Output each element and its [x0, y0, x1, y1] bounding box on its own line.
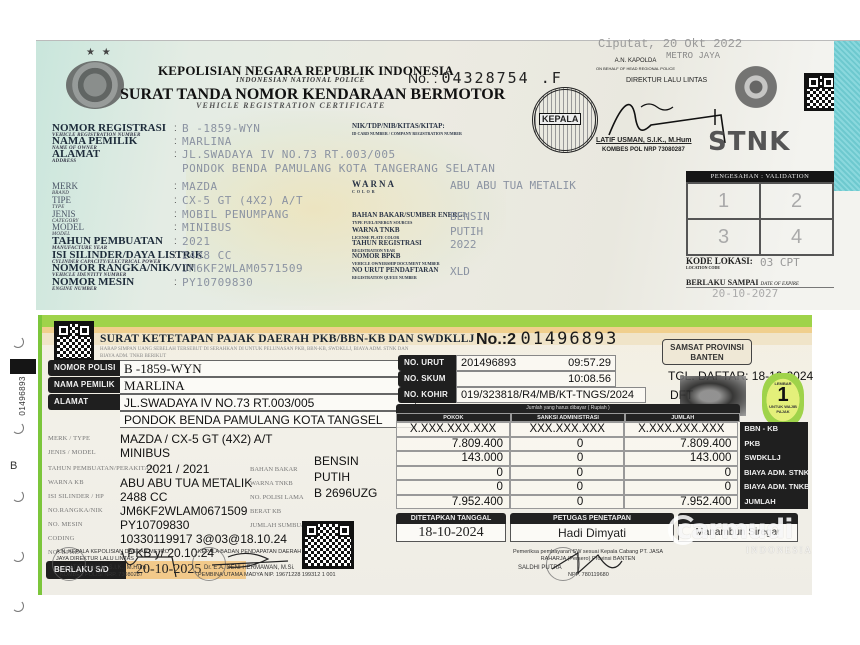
issue-place-date: Ciputat, 20 Okt 2022 — [598, 37, 742, 51]
stnk-number-value: 04328754 .F — [441, 69, 562, 87]
spec-value: 2488 CC — [120, 490, 167, 504]
spec-label: CODING — [48, 535, 74, 542]
signature-strip: A.N. KEPALA KEPOLISIAN DAERAH METRO JAYA… — [48, 547, 808, 581]
owner-label: NAMA PEMILIK — [48, 377, 120, 393]
stnk-number: No. : 04328754 .F — [408, 69, 563, 87]
owner-plate-value: B -1859-WYN — [120, 360, 416, 377]
stnk-field-value: CX-5 GT (4X2) A/T — [182, 194, 303, 207]
tax-subtitle: HARAP SIMPAN UANG SEBELAH TERSEBUT DI SE… — [100, 346, 420, 360]
officer-value: Hadi Dimyati — [510, 524, 674, 542]
stnk-field-label: ALAMATADDRESS — [52, 149, 100, 164]
spec-value: PY10709830 — [120, 518, 189, 532]
owner-label: ALAMAT — [48, 394, 120, 410]
no-kohir-value: 019/323818/R4/MB/KT-TNGS/2024 — [461, 388, 634, 403]
spec-label: NO. MESIN — [48, 521, 83, 528]
stnk-field-value: BENSIN — [450, 210, 490, 223]
table-row: 7.952.40007.952.400JUMLAH — [396, 495, 808, 510]
stnk-field-value: MARLINA — [182, 135, 232, 148]
colon-separator: : — [174, 250, 177, 261]
colon-separator: : — [174, 263, 177, 274]
stnk-field-value: MINIBUS — [182, 221, 232, 234]
colon-separator: : — [174, 123, 177, 134]
stnk-field-label: TIPETYPE — [52, 195, 71, 210]
tax-cell-pokok: 0 — [396, 466, 510, 481]
signer-name: LATIF USMAN, S.I.K., M.Hum — [596, 137, 692, 144]
stnk-field-value: 2021 — [182, 235, 211, 248]
tax-col-header: JUMLAH — [625, 413, 740, 422]
stnk-field-value: JM6KF2WLAM0571509 — [182, 262, 303, 275]
spec-value: B 2696UZG — [314, 486, 377, 500]
an-kapolda: A.N. KAPOLDA ON BEHALF OF HEAD REGIONAL … — [596, 58, 675, 72]
table-row: 000BIAYA ADM. STNK — [396, 466, 808, 481]
spec-label: ISI SILINDER / HP — [48, 493, 104, 500]
stnk-field-value: MAZDA — [182, 180, 218, 193]
stnk-field-label-en: COLOR — [352, 188, 396, 195]
spec-value: MAZDA / CX-5 GT (4X2) A/T — [120, 432, 272, 446]
ticket-stub: 01496893 B — [0, 310, 40, 630]
tax-cell-pokok: X.XXX.XXX.XXX — [396, 422, 510, 437]
stnk-field-value: 2488 CC — [182, 249, 232, 262]
stnk-field-value: B -1859-WYN — [182, 122, 260, 135]
table-row: 000BIAYA ADM. TNKB — [396, 480, 808, 495]
stnk-field-label: NOMOR BPKBVEHICLE OWNERSHIP DOCUMENT NUM… — [352, 253, 440, 267]
tax-row-label: JUMLAH — [740, 495, 808, 510]
stnk-logo: STNK — [708, 127, 790, 157]
number-label: NO. KOHIR — [398, 387, 456, 403]
number-value-box: 10:08.56 — [456, 371, 616, 387]
spec-label: WARNA KB — [48, 479, 84, 486]
tax-table-caption: Jumlah yang harus dibayar ( Rupiah ) — [396, 404, 740, 413]
an-kapolda-label: A.N. KAPOLDA — [596, 58, 675, 65]
no-skum-time: 10:08.56 — [568, 372, 611, 387]
table-row: X.XXX.XXX.XXXXXX.XXX.XXXX.XXX.XXX.XXXBBN… — [396, 422, 808, 437]
no-urut-time: 09:57.29 — [568, 356, 611, 371]
tax-cell-jumlah: 7.809.400 — [624, 437, 738, 452]
stnk-expiry-value: 20-10-2027 — [712, 287, 778, 300]
tax-title: SURAT KETETAPAN PAJAK DAERAH PKB/BBN-KB … — [100, 333, 475, 345]
colon-separator: : — [174, 195, 177, 206]
assessed-date-label: DITETAPKAN TANGGAL — [396, 513, 506, 524]
left-band — [38, 315, 42, 595]
spec-value: JM6KF2WLAM0671509 — [120, 504, 247, 518]
table-row: 7.809.40007.809.400PKB — [396, 437, 808, 452]
tax-cell-pokok: 143.000 — [396, 451, 510, 466]
spec-label: MERK / TYPE — [48, 435, 90, 442]
owner-label: NOMOR POLISI — [48, 360, 120, 376]
validation-box: PENGESAHAN : VALIDATION 1 2 3 4 — [686, 171, 834, 256]
validation-cell: 3 — [687, 219, 760, 255]
director-title: DIREKTUR LALU LINTAS — [626, 77, 707, 84]
stnk-field-label: NOMOR MESINENGINE NUMBER — [52, 277, 134, 292]
spec-value: MINIBUS — [120, 446, 170, 460]
perforation-icon — [12, 600, 24, 612]
number-value-box: 019/323818/R4/MB/KT-TNGS/2024 — [456, 387, 646, 403]
tax-col-header: POKOK — [396, 413, 511, 422]
no-urut-value: 201496893 — [461, 356, 516, 371]
colon-separator: : — [174, 136, 177, 147]
stars-icon: ★ ★ — [86, 47, 113, 58]
stnk-field-label-en: ADDRESS — [52, 159, 100, 164]
stnk-field-value: PUTIH — [450, 225, 483, 238]
tax-cell-jumlah: 7.952.400 — [624, 495, 738, 510]
tax-cell-pokok: 7.809.400 — [396, 437, 510, 452]
tax-rows: X.XXX.XXX.XXXXXX.XXX.XXXX.XXX.XXX.XXXBBN… — [396, 422, 808, 509]
stnk-field-value: PY10709830 — [182, 276, 253, 289]
colon-separator: : — [174, 236, 177, 247]
number-label: NO. URUT — [398, 355, 456, 371]
stnk-field-label-en: ENGINE NUMBER — [52, 287, 134, 292]
tax-number: No.:2 01496893 — [476, 329, 618, 349]
tax-assessment-ticket: SURAT KETETAPAN PAJAK DAERAH PKB/BBN-KB … — [40, 315, 812, 595]
location-code-value: 03 CPT — [760, 256, 800, 269]
carmudi-watermark-sub: INDONESIA — [746, 545, 813, 555]
police-emblem-icon — [66, 61, 124, 109]
stnk-field-value: XLD — [450, 265, 470, 278]
validation-grid: 1 2 3 4 — [686, 182, 834, 256]
assessed-date-value: 18-10-2024 — [396, 524, 506, 542]
tax-row-label: BBN - KB — [740, 422, 808, 437]
spec-label: WARNA TNKB — [250, 480, 293, 487]
tax-number-value: 01496893 — [520, 329, 618, 349]
tax-cell-sanksi: 0 — [510, 451, 624, 466]
validation-cell: 4 — [760, 219, 833, 255]
spec-label: JENIS / MODEL — [48, 449, 96, 456]
tax-col-header: SANKSI ADMINISTRASI — [511, 413, 626, 422]
perforation-icon — [12, 336, 24, 348]
tax-cell-sanksi: 0 — [510, 466, 624, 481]
stnk-field-value: MOBIL PENUMPANG — [182, 208, 289, 221]
tax-number-label: No.:2 — [476, 331, 516, 348]
tax-cell-pokok: 0 — [396, 480, 510, 495]
colon-separator: : — [174, 181, 177, 192]
owner-address-line2: PONDOK BENDA PAMULANG KOTA TANGSEL — [120, 411, 416, 428]
tax-cell-sanksi: 0 — [510, 495, 624, 510]
spec-label: TAHUN PEMBUATAN/PERAKITAN — [48, 465, 154, 472]
spec-label: BAHAN BAKAR — [250, 466, 298, 473]
an-kapolda-en: ON BEHALF OF HEAD REGIONAL POLICE — [596, 65, 675, 72]
colon-separator: : — [174, 209, 177, 220]
tax-row-label: BIAYA ADM. TNKB — [740, 480, 808, 495]
tax-cell-jumlah: 143.000 — [624, 451, 738, 466]
colon-separator: : — [174, 277, 177, 288]
stnk-field-label: NO URUT PENDAFTARANREGISTRATION QUEUE NU… — [352, 267, 438, 281]
validation-cell: 1 — [687, 183, 760, 219]
owner-name-value: MARLINA — [120, 377, 416, 394]
tax-cell-jumlah: 0 — [624, 480, 738, 495]
qr-code-icon — [804, 73, 838, 111]
stnk-expiry-label-text: BERLAKU SAMPAI — [686, 278, 759, 287]
signature-icon — [208, 547, 298, 577]
tax-row-label: SWDKLLJ — [740, 451, 808, 466]
spec-value: 2021 / 2021 — [146, 462, 209, 476]
qr-code-icon — [54, 321, 94, 361]
spec-value: PUTIH — [314, 470, 350, 484]
stub-black-marker — [10, 359, 36, 374]
traffic-police-emblem-icon — [726, 59, 786, 129]
tax-cell-jumlah: 0 — [624, 466, 738, 481]
signer-rank: KOMBES POL NRP 73080287 — [602, 147, 685, 153]
spec-label: BERAT KB — [250, 508, 281, 515]
stnk-field-label-en: ID CARD NUMBER / COMPANY REGISTRATION NU… — [352, 130, 462, 137]
owner-address-value: JL.SWADAYA IV NO.73 RT.003/005 — [120, 394, 416, 411]
spec-label: NO. POLISI LAMA — [250, 494, 304, 501]
perforation-icon — [12, 490, 24, 502]
tax-cell-sanksi: XXX.XXX.XXX — [510, 422, 624, 437]
validation-title: PENGESAHAN : VALIDATION — [686, 171, 834, 182]
table-row: 143.0000143.000SWDKLLJ — [396, 451, 808, 466]
stnk-field-value: 2022 — [450, 238, 477, 251]
tax-row-label: BIAYA ADM. STNK — [740, 466, 808, 481]
stub-handwritten-mark: B — [10, 460, 17, 472]
stnk-field-value: ABU ABU TUA METALIK — [450, 179, 576, 192]
stnk-field-label-en: REGISTRATION QUEUE NUMBER — [352, 274, 438, 281]
tax-cell-pokok: 7.952.400 — [396, 495, 510, 510]
location-code-sub: LOCATION CODE — [686, 266, 753, 270]
perforation-icon — [12, 550, 24, 562]
copy-badge-number: 1 — [762, 386, 804, 404]
spec-value: 10330119917 3@03@18.10.24 — [120, 532, 287, 546]
stnk-field-value: JL.SWADAYA IV NO.73 RT.003/005 — [182, 148, 396, 161]
tax-row-label: PKB — [740, 437, 808, 452]
tax-table-header: POKOK SANKSI ADMINISTRASI JUMLAH — [396, 413, 808, 422]
signature-icon — [118, 547, 178, 577]
stamp-text: KEPALA — [539, 113, 581, 125]
tax-cell-sanksi: 0 — [510, 437, 624, 452]
stnk-field-label: WARNACOLOR — [352, 181, 396, 195]
tax-cell-jumlah: X.XXX.XXX.XXX — [624, 422, 738, 437]
colon-separator: : — [174, 222, 177, 233]
perforation-icon — [12, 422, 24, 434]
colon-separator: : — [174, 149, 177, 160]
samsat-badge: SAMSAT PROVINSI BANTEN — [662, 339, 752, 365]
stnk-field-label: NIK/TDP/NIB/KITAS/KITAP:ID CARD NUMBER /… — [352, 123, 462, 137]
location-code: KODE LOKASI: LOCATION CODE 03 CPT — [686, 256, 753, 270]
stnk-card: ★ ★ KEPOLISIAN NEGARA REPUBLIK INDONESIA… — [36, 40, 860, 310]
number-value-box: 201496893 09:57.29 — [456, 355, 616, 371]
spec-value: BENSIN — [314, 454, 359, 468]
document-title-en: VEHICLE REGISTRATION CERTIFICATE — [196, 101, 386, 110]
number-label: NO. SKUM — [398, 371, 456, 387]
stnk-number-label: No. : — [408, 70, 438, 86]
stub-serial: 01496893 — [18, 376, 27, 416]
signature-icon — [548, 547, 628, 577]
agency-name-en: INDONESIAN NATIONAL POLICE — [236, 76, 365, 84]
tax-cell-sanksi: 0 — [510, 480, 624, 495]
stnk-field-value: PONDOK BENDA PAMULANG KOTA TANGERANG SEL… — [182, 162, 495, 175]
carmudi-watermark: carmudi — [676, 514, 792, 545]
tax-table: Jumlah yang harus dibayar ( Rupiah ) POK… — [396, 404, 808, 509]
officer-label: PETUGAS PENETAPAN — [510, 513, 674, 524]
validation-cell: 2 — [760, 183, 833, 219]
stnk-field-label: MERKBRAND — [52, 181, 78, 196]
spec-label: NO.RANGKA/NIK — [48, 507, 103, 514]
spec-value: ABU ABU TUA METALIK — [120, 476, 252, 490]
